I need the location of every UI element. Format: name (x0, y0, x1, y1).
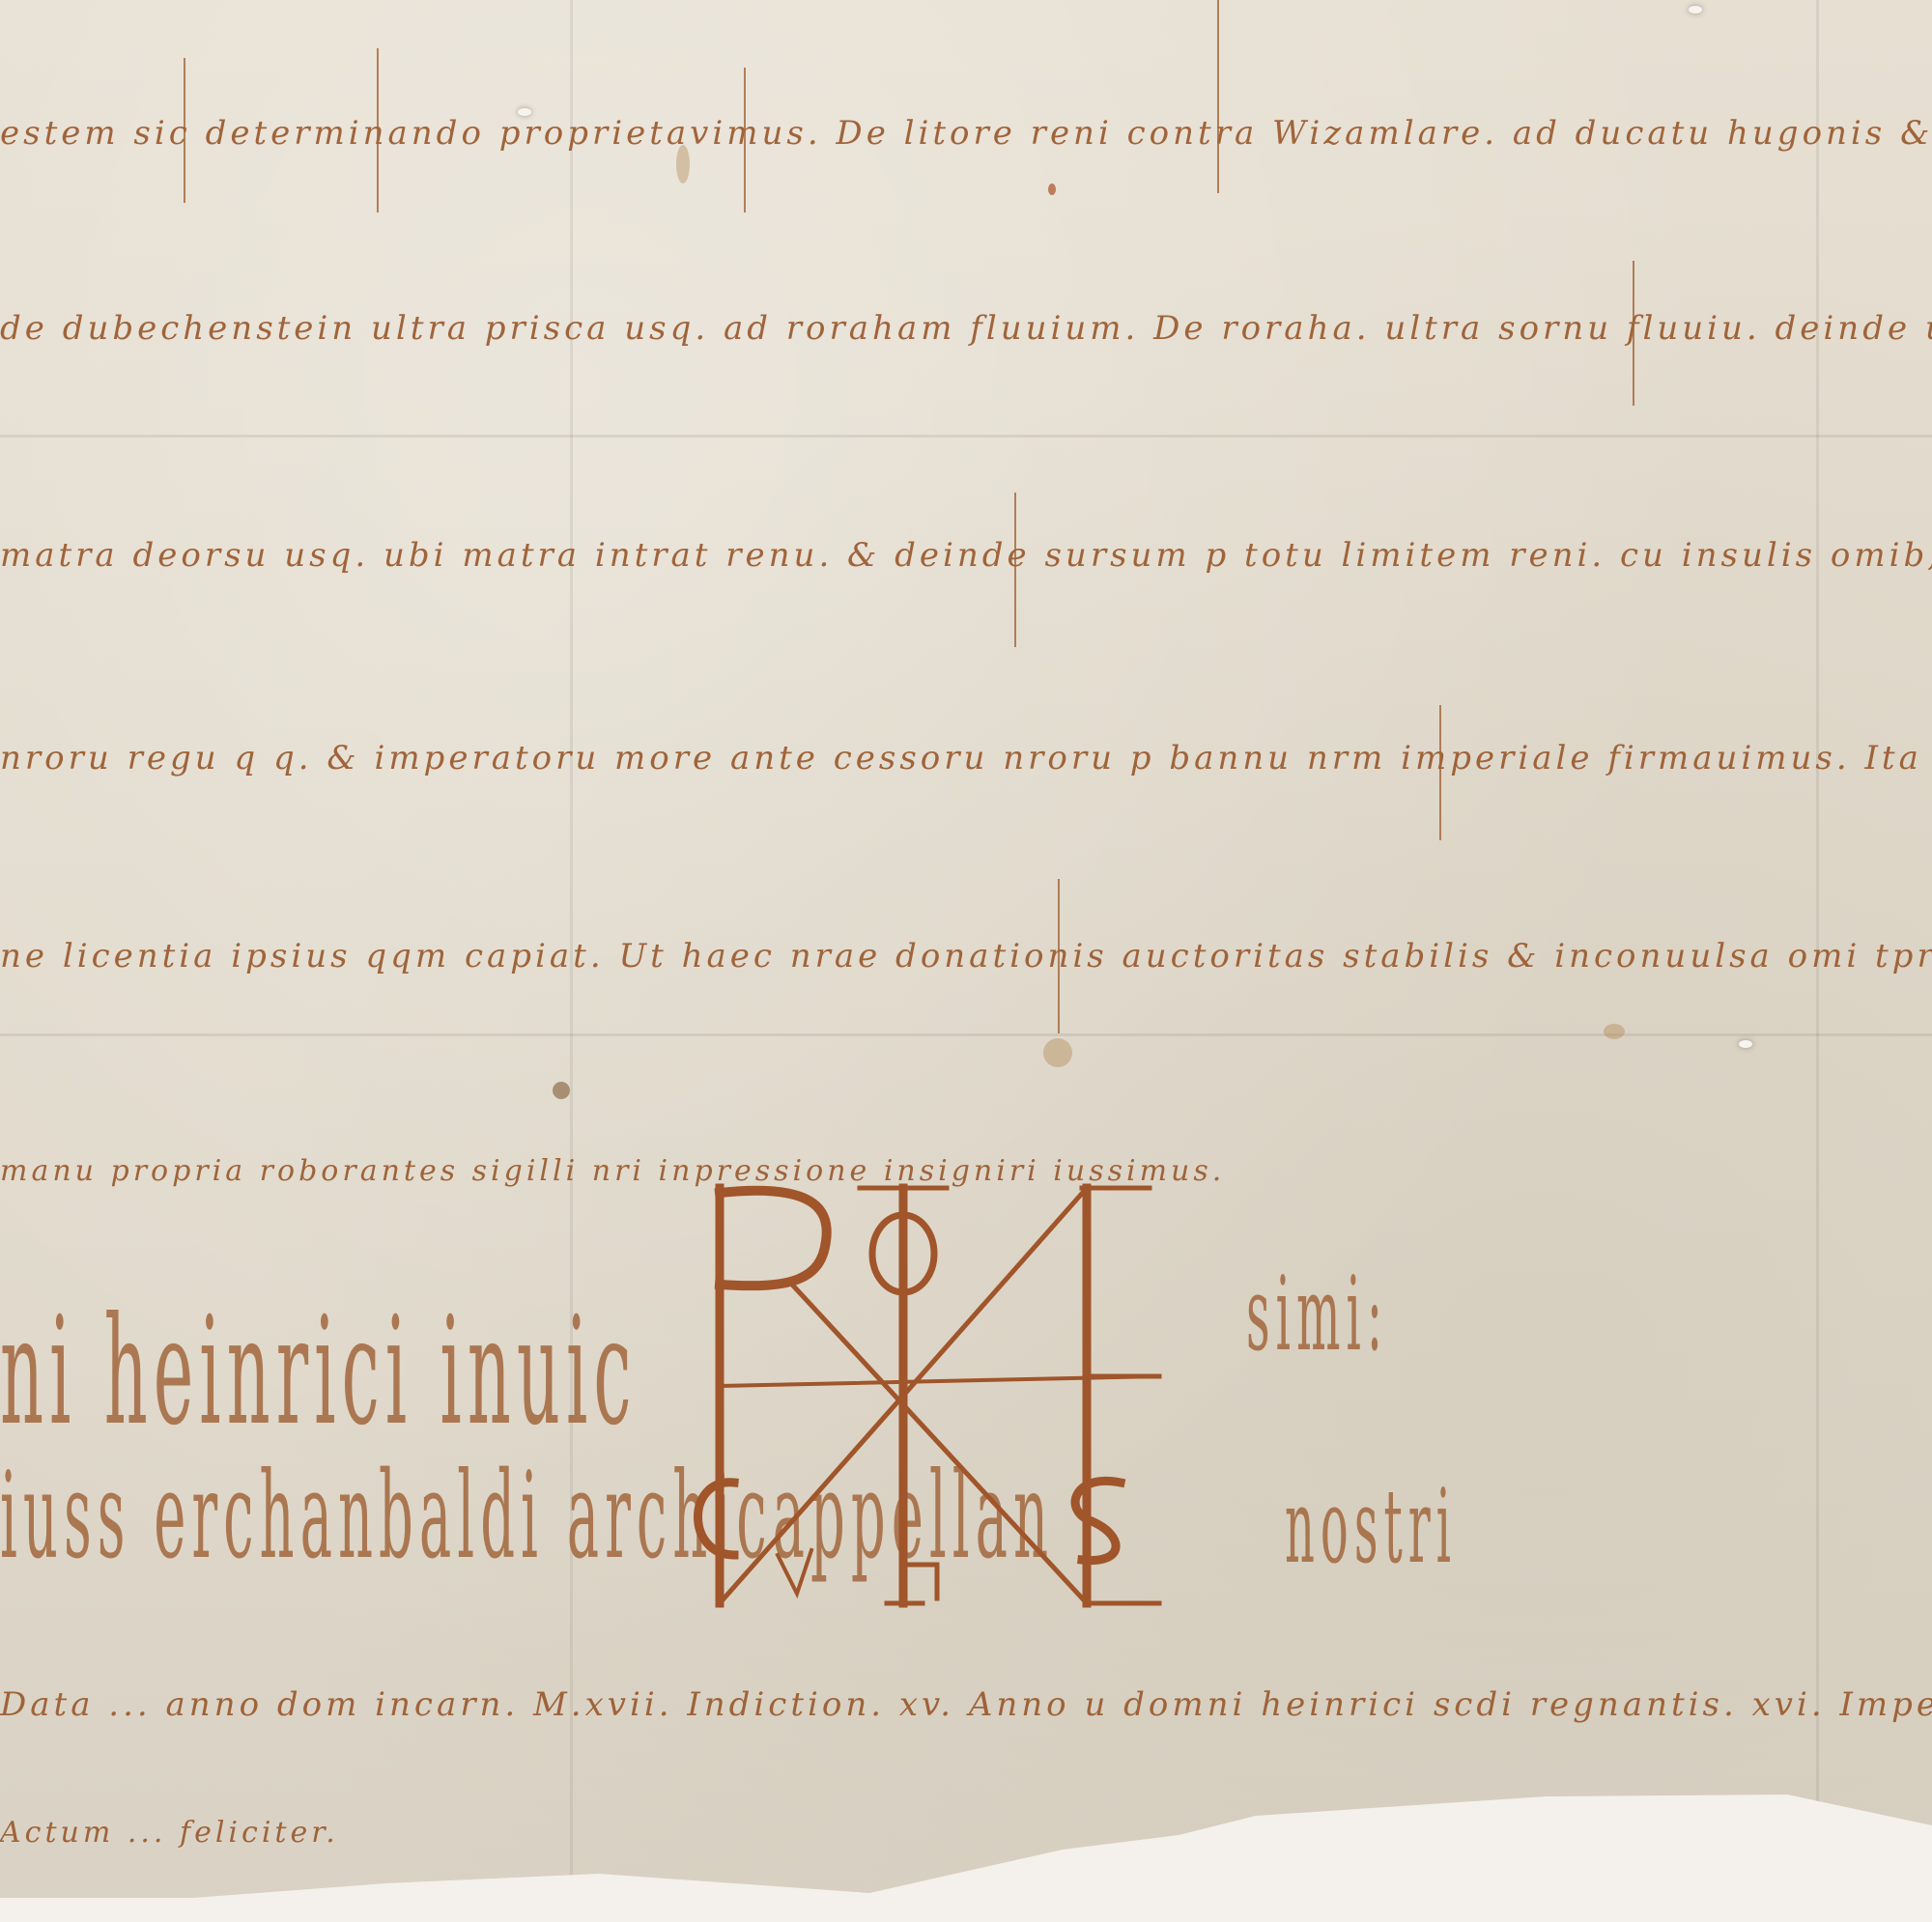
closing-line: Actum ... feliciter. (0, 1816, 339, 1850)
stain (1043, 1038, 1072, 1067)
elongated-signum-line: ni heinrici inuic (0, 1285, 638, 1458)
pin-hole (1739, 1040, 1752, 1048)
ascender-stroke (1058, 879, 1060, 1033)
ascender-stroke (1217, 0, 1219, 193)
stain (1604, 1024, 1625, 1039)
right-fragment-nostri: nostri (1285, 1468, 1457, 1587)
ascender-stroke (1633, 261, 1634, 406)
charter-line-4: nroru regu q q. & imperatoru more ante c… (0, 739, 1932, 777)
charter-line-2: de dubechenstein ultra prisca usq. ad ro… (0, 309, 1932, 348)
parchment-sheet: estem sic determinando proprietavimus. D… (0, 0, 1932, 1922)
fold-line (0, 1033, 1932, 1036)
ascender-stroke (184, 58, 185, 203)
imperial-monogram (667, 1149, 1227, 1632)
stain (1048, 184, 1056, 195)
charter-line-5: ne licentia ipsius qqm capiat. Ut haec n… (0, 937, 1932, 975)
ascender-stroke (377, 48, 379, 212)
charter-line-3: matra deorsu usq. ubi matra intrat renu.… (0, 536, 1932, 575)
stain (553, 1082, 570, 1099)
charter-line-1: estem sic determinando proprietavimus. D… (0, 114, 1932, 153)
ascender-stroke (1014, 493, 1016, 647)
dating-line: Data ... anno dom incarn. M.xvii. Indict… (0, 1685, 1932, 1724)
ascender-stroke (1439, 705, 1441, 840)
pin-hole (1689, 6, 1702, 14)
right-fragment-simi: simi: (1246, 1256, 1388, 1374)
ascender-stroke (744, 68, 746, 212)
fold-line (0, 435, 1932, 438)
